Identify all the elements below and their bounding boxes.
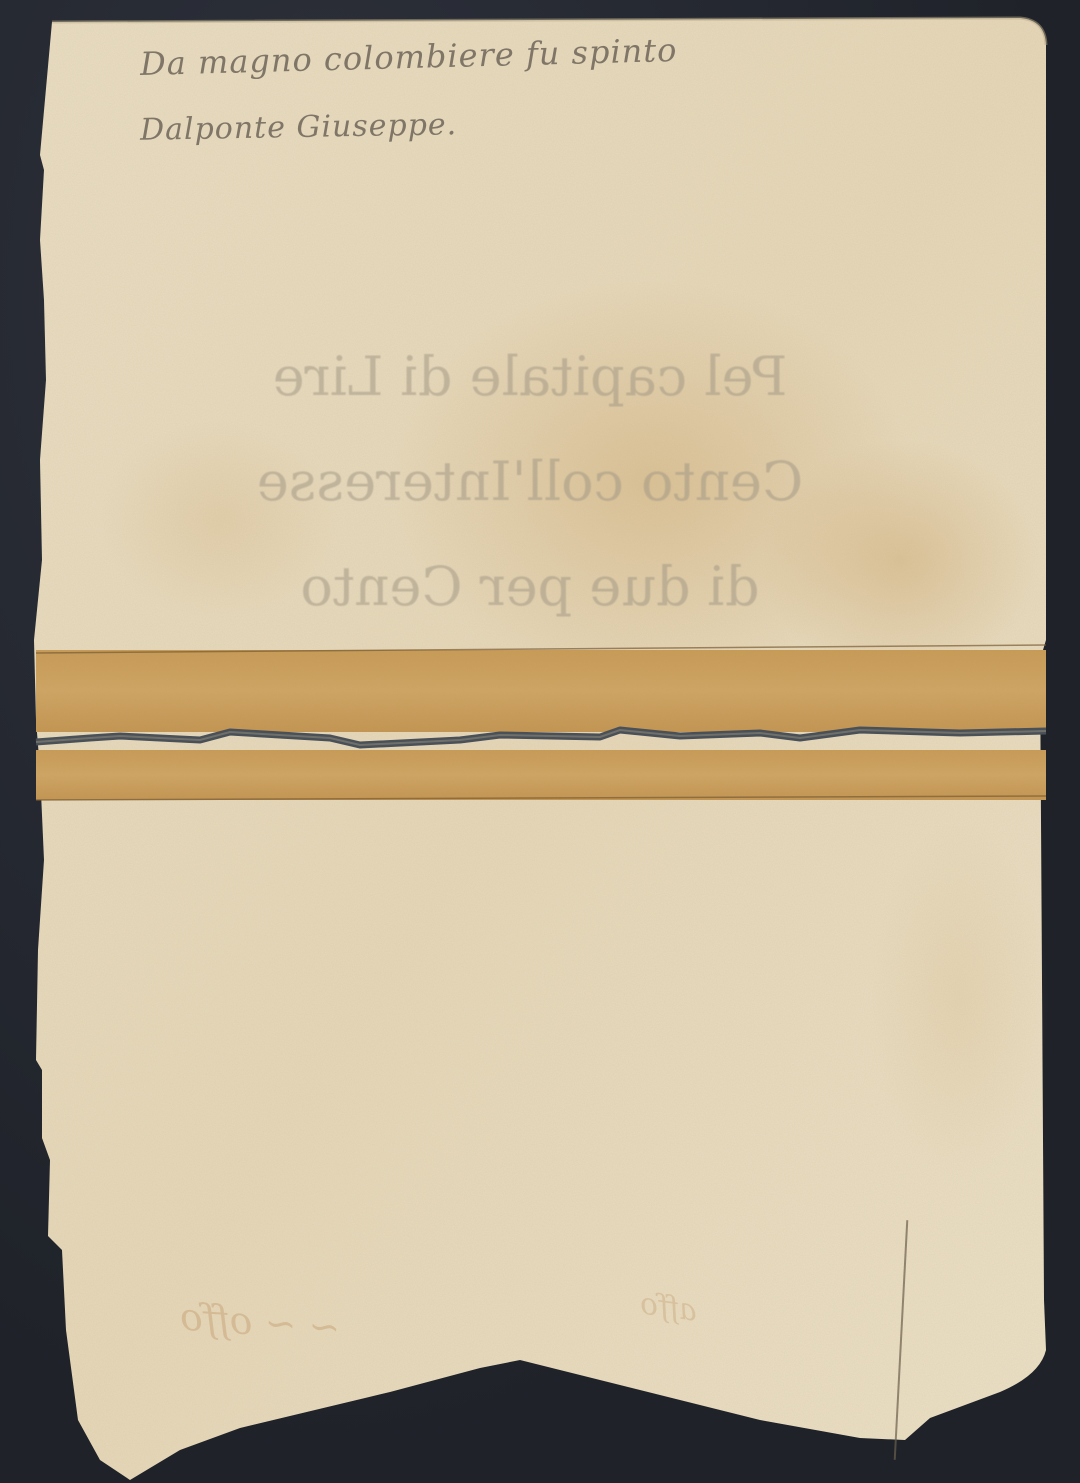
bleed-through-text-line-2: Cento coll'Interesse	[250, 450, 810, 513]
bleed-through-text-line-3: di due per Cento	[250, 555, 810, 618]
bleed-through-text-line-1: Pel capitale di Lire	[250, 345, 810, 408]
handwritten-line-2: Dalponte Giuseppe.	[140, 107, 458, 148]
paper-note	[0, 0, 1080, 1483]
